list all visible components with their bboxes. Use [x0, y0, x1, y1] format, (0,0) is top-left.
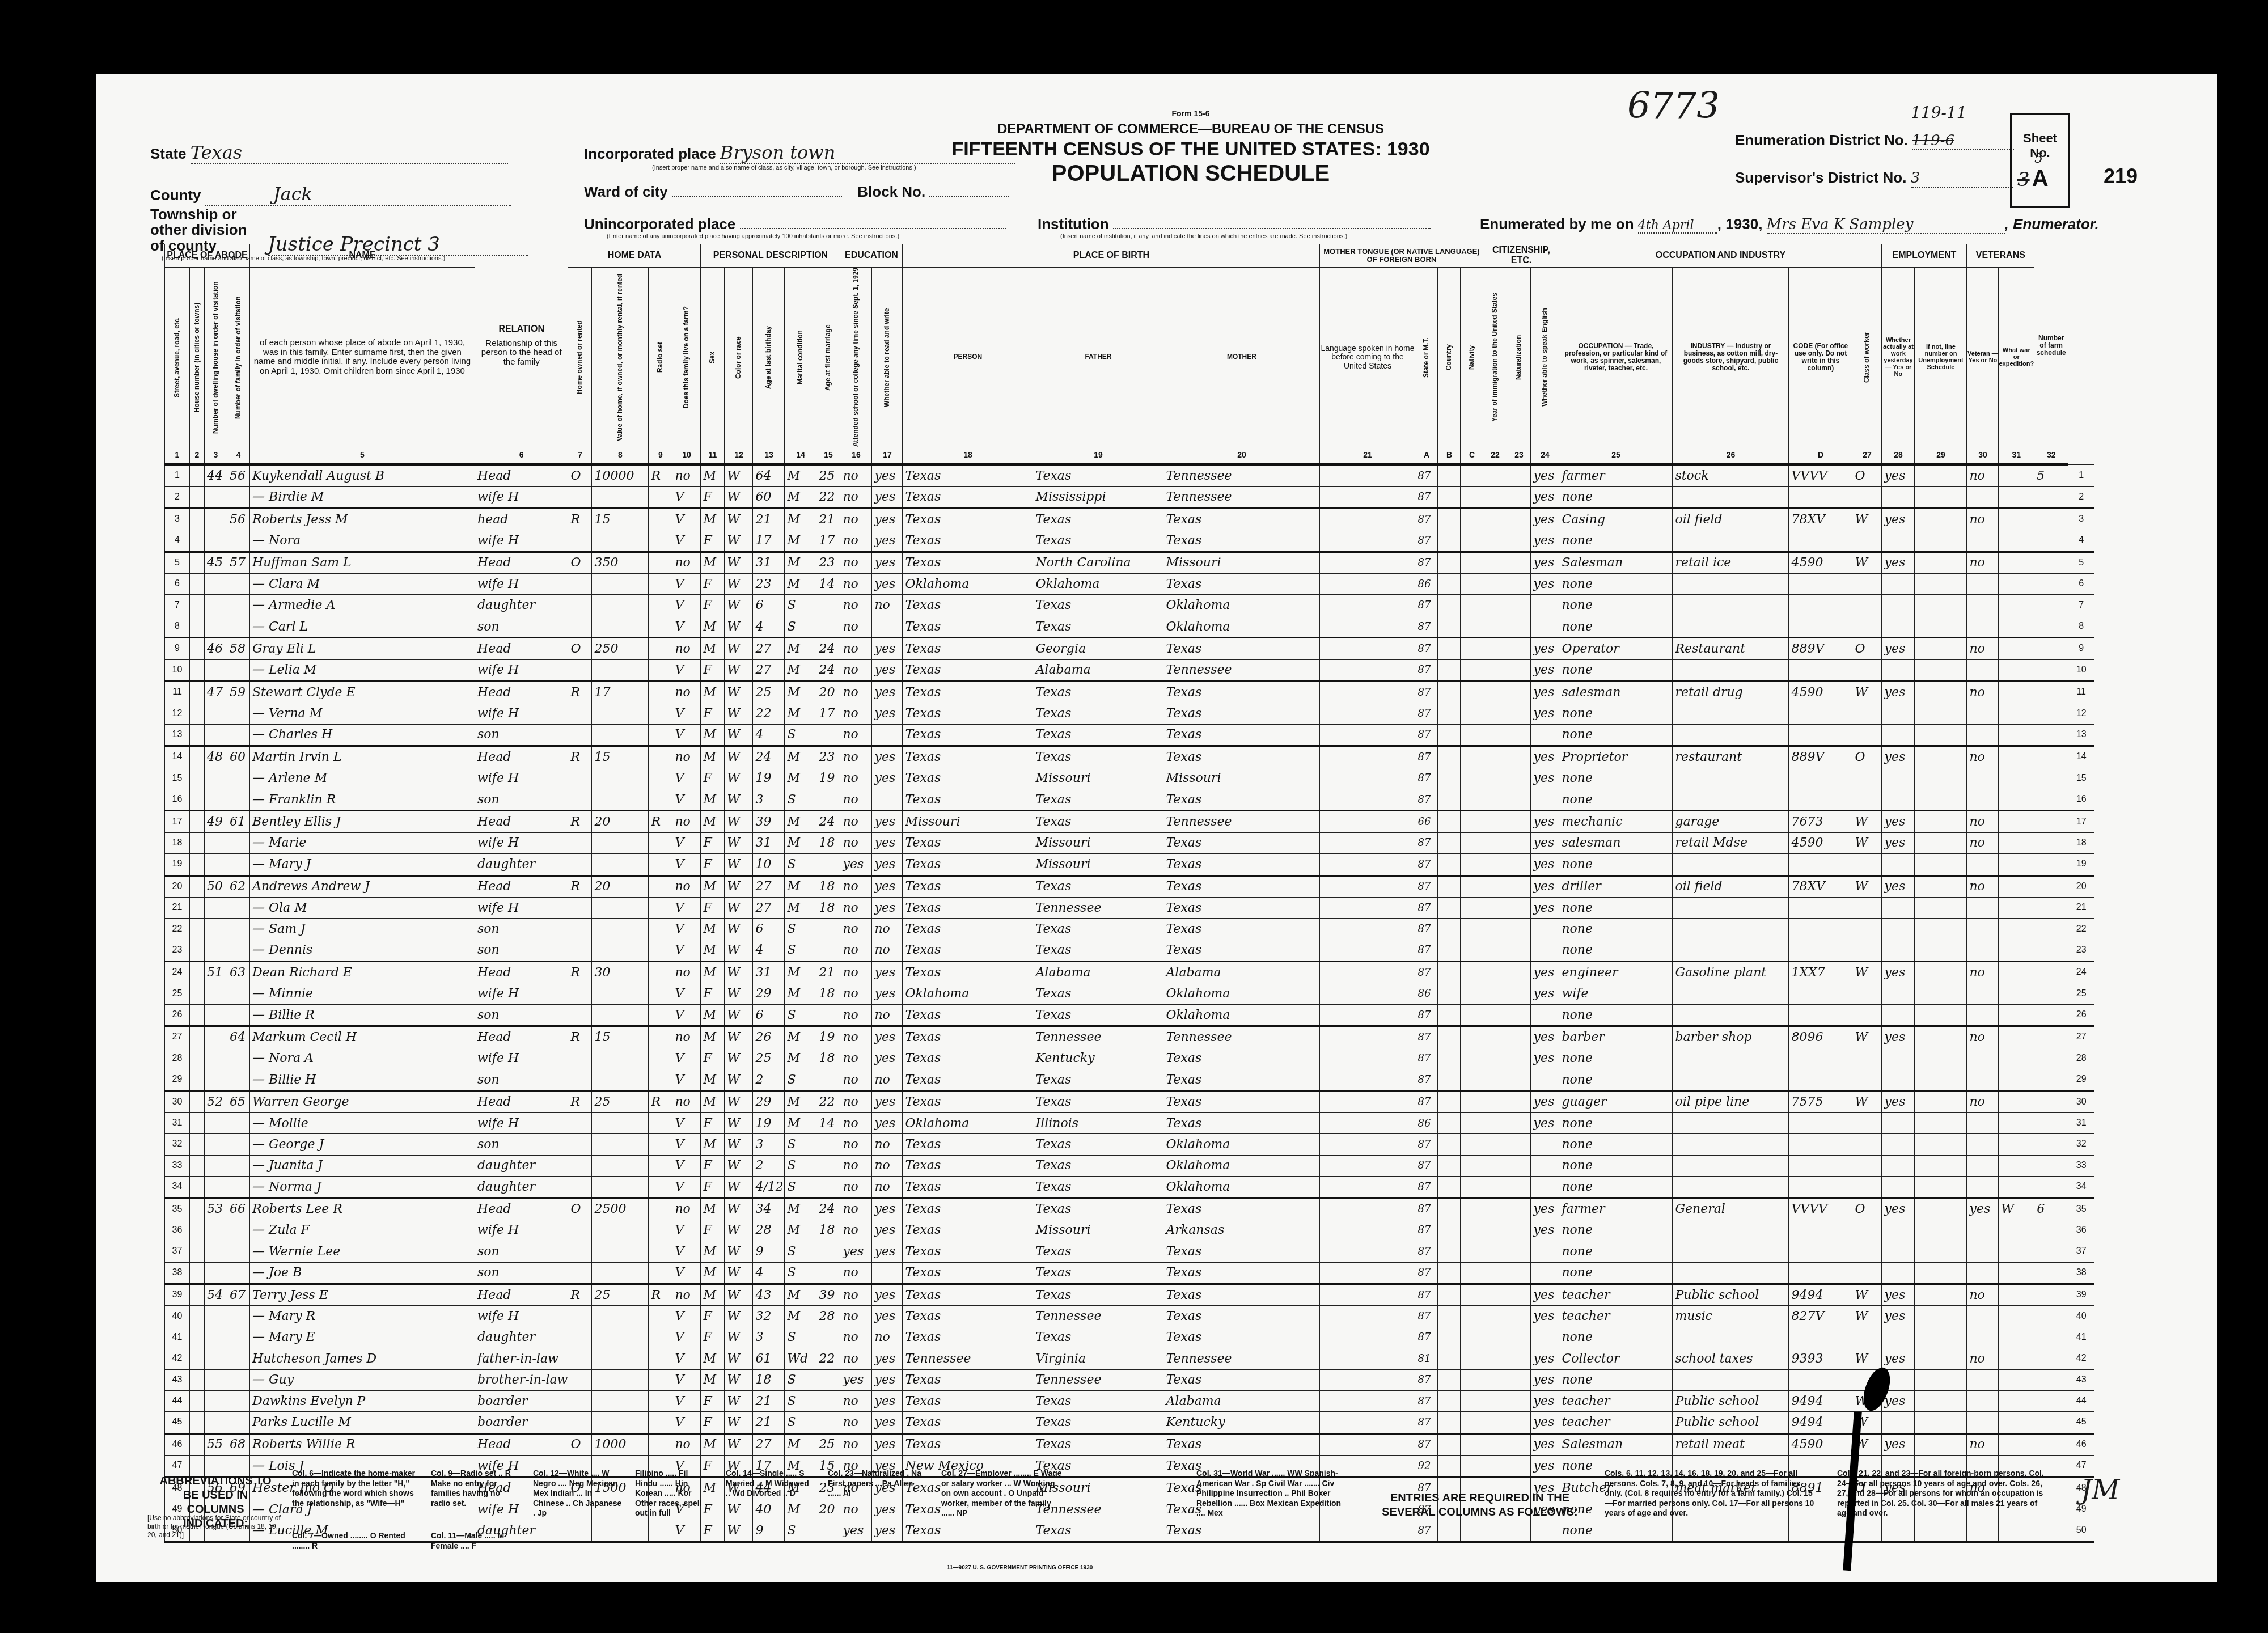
- cell-war: [1999, 983, 2034, 1004]
- cell-code: [1789, 897, 1852, 918]
- cell-line: 1: [2068, 464, 2094, 486]
- cell-empty: [190, 768, 205, 789]
- cell-empty: [1320, 1220, 1415, 1241]
- cell-english: [1531, 616, 1559, 637]
- table-row: 28— Nora Awife HVFW25M18noyesTexasKentuc…: [165, 1048, 2094, 1069]
- cell-age: 19: [753, 1112, 785, 1133]
- cell-empty: [1438, 768, 1461, 789]
- cell-war: [1999, 1520, 2034, 1542]
- cell-empty: [1483, 919, 1507, 940]
- block-value: [929, 196, 1009, 197]
- cell-empty: [1483, 1327, 1507, 1348]
- cell-dwelling: [205, 1048, 227, 1069]
- cell-empty: [1483, 1220, 1507, 1241]
- cell-veteran: no: [1967, 1433, 1999, 1455]
- unincorporated-note: (Enter name of any unincorporated place …: [607, 233, 1006, 240]
- cell-empty: 32: [165, 1134, 190, 1155]
- cell-family: [227, 1241, 250, 1262]
- cell-father: Georgia: [1033, 638, 1163, 659]
- ward-label: Ward of city: [584, 183, 668, 200]
- cell-code: 78XV: [1789, 875, 1852, 897]
- cell-empty: [1915, 508, 1967, 530]
- cell-veteran: no: [1967, 875, 1999, 897]
- cell-industry: [1673, 1520, 1789, 1542]
- cell-race: W: [725, 464, 753, 486]
- group-abode: PLACE OF ABODE: [165, 244, 250, 268]
- cell-war: [1999, 1134, 2034, 1155]
- cell-age-marr: [816, 1069, 840, 1091]
- ed-corrected: 119-11: [1911, 103, 1967, 122]
- cell-empty: 7: [165, 595, 190, 616]
- cell-empty: 28: [165, 1048, 190, 1069]
- cell-relation: Head: [475, 1433, 568, 1455]
- cell-family: [227, 1306, 250, 1327]
- cell-marital: S: [785, 1412, 816, 1433]
- cell-birth: Oklahoma: [903, 983, 1033, 1004]
- unincorporated-value: [740, 228, 1006, 229]
- cell-own: [568, 530, 592, 552]
- cell-work: [1882, 919, 1915, 940]
- column-number: 25: [1559, 447, 1673, 465]
- cell-class: [1852, 1155, 1882, 1176]
- cell-empty: [190, 595, 205, 616]
- cell-war: [1999, 940, 2034, 961]
- cell-own: [568, 724, 592, 746]
- cell-empty: [1320, 508, 1415, 530]
- cell-birth: Texas: [903, 682, 1033, 703]
- cell-mother: Texas: [1163, 832, 1320, 853]
- enumerated-year: , 1930,: [1717, 215, 1763, 232]
- cell-empty: [1915, 552, 1967, 573]
- cell-farm: V: [672, 1241, 701, 1262]
- cell-code: [1789, 1262, 1852, 1284]
- county-value: Jack: [205, 183, 511, 206]
- cell-mother: Texas: [1163, 919, 1320, 940]
- cell-english: [1531, 1241, 1559, 1262]
- cell-school: no: [840, 530, 872, 552]
- cell-mother: Texas: [1163, 1241, 1320, 1262]
- cell-farm: V: [672, 1112, 701, 1133]
- cell-empty: [1507, 1306, 1531, 1327]
- cell-school: no: [840, 1499, 872, 1520]
- cell-code: 7673: [1789, 811, 1852, 832]
- cell-own: [568, 1390, 592, 1411]
- cell-war: [1999, 638, 2034, 659]
- cell-empty: [190, 638, 205, 659]
- cell-code: [1789, 854, 1852, 875]
- cell-empty: [1438, 1284, 1461, 1305]
- cell-empty: [190, 875, 205, 897]
- col-c-header: Nativity: [1461, 268, 1483, 447]
- cell-dwelling: [205, 1026, 227, 1048]
- cell-sex: M: [701, 962, 725, 983]
- cell-read: yes: [872, 1520, 903, 1542]
- cell-empty: [190, 486, 205, 508]
- cell-family: [227, 659, 250, 681]
- cell-father: Texas: [1033, 464, 1163, 486]
- cell-read: yes: [872, 832, 903, 853]
- cell-name: — Minnie: [250, 983, 475, 1004]
- cell-empty: 31: [165, 1112, 190, 1133]
- cell-family: [227, 530, 250, 552]
- cell-farm-sched: [2034, 1390, 2068, 1411]
- table-row: 395467Terry Jess EHeadR25RnoMW43M39noyes…: [165, 1284, 2094, 1305]
- cell-radio: [649, 595, 672, 616]
- cell-empty: [1483, 1048, 1507, 1069]
- cell-radio: [649, 1177, 672, 1198]
- cell-english: yes: [1531, 1026, 1559, 1048]
- col-b-header: Country: [1438, 268, 1461, 447]
- cell-class: [1852, 897, 1882, 918]
- cell-empty: [1507, 854, 1531, 875]
- cell-own: [568, 1520, 592, 1542]
- cell-work: yes: [1882, 811, 1915, 832]
- cell-empty: [1438, 1327, 1461, 1348]
- cell-school: no: [840, 789, 872, 810]
- cell-farm: V: [672, 508, 701, 530]
- cell-father: Texas: [1033, 1155, 1163, 1176]
- cell-industry: Gasoline plant: [1673, 962, 1789, 983]
- cell-age-marr: 19: [816, 1026, 840, 1048]
- cell-age-marr: 18: [816, 875, 840, 897]
- footer-col23: Col. 23—Naturalized . Na First papers ..…: [828, 1469, 924, 1499]
- cell-school: no: [840, 682, 872, 703]
- cell-empty: 21: [165, 897, 190, 918]
- cell-work: yes: [1882, 464, 1915, 486]
- cell-sex: M: [701, 1198, 725, 1220]
- cell-age: 4: [753, 1262, 785, 1284]
- cell-empty: [1915, 724, 1967, 746]
- cell-family: [227, 789, 250, 810]
- table-row: 18— Mariewife HVFW31M18noyesTexasMissour…: [165, 832, 2094, 853]
- cell-empty: [1915, 1412, 1967, 1433]
- cell-father: Texas: [1033, 682, 1163, 703]
- cell-empty: [1483, 659, 1507, 681]
- cell-own: [568, 1348, 592, 1369]
- cell-empty: 87: [1415, 940, 1438, 961]
- cell-empty: 87: [1415, 1091, 1438, 1112]
- cell-father: Tennessee: [1033, 897, 1163, 918]
- cell-empty: [190, 832, 205, 853]
- cell-age: 9: [753, 1241, 785, 1262]
- cell-value: 10000: [592, 464, 649, 486]
- cell-empty: [1507, 552, 1531, 573]
- table-row: 25— Minniewife HVFW29M18noyesOklahomaTex…: [165, 983, 2094, 1004]
- cell-empty: 87: [1415, 682, 1438, 703]
- cell-name: Huffman Sam L: [250, 552, 475, 573]
- cell-value: [592, 1262, 649, 1284]
- table-row: 7— Armedie AdaughterVFW6SnonoTexasTexasO…: [165, 595, 2094, 616]
- table-row: 8— Carl LsonVMW4SnoTexasTexasOklahoma87n…: [165, 616, 2094, 637]
- cell-line: 12: [2068, 703, 2094, 724]
- cell-mother: Texas: [1163, 875, 1320, 897]
- cell-occupation: none: [1559, 1262, 1673, 1284]
- cell-empty: [1438, 1433, 1461, 1455]
- cell-empty: [1915, 682, 1967, 703]
- cell-empty: [1483, 1262, 1507, 1284]
- cell-relation: Head: [475, 811, 568, 832]
- cell-mother: Texas: [1163, 638, 1320, 659]
- cell-father: Texas: [1033, 789, 1163, 810]
- cell-code: [1789, 574, 1852, 595]
- cell-own: R: [568, 962, 592, 983]
- cell-empty: 36: [165, 1220, 190, 1241]
- cell-empty: [1915, 638, 1967, 659]
- cell-line: 3: [2068, 508, 2094, 530]
- cell-empty: 87: [1415, 832, 1438, 853]
- cell-school: no: [840, 595, 872, 616]
- cell-age-marr: [816, 1520, 840, 1542]
- cell-empty: [1438, 940, 1461, 961]
- cell-english: yes: [1531, 1369, 1559, 1390]
- cell-empty: [1483, 1069, 1507, 1091]
- cell-relation: son: [475, 616, 568, 637]
- cell-class: [1852, 1220, 1882, 1241]
- cell-father: Missouri: [1033, 854, 1163, 875]
- cell-empty: [1461, 1327, 1483, 1348]
- cell-sex: F: [701, 595, 725, 616]
- cell-farm-sched: [2034, 595, 2068, 616]
- cell-marital: M: [785, 832, 816, 853]
- cell-age-marr: 39: [816, 1284, 840, 1305]
- cell-empty: [1507, 530, 1531, 552]
- cell-marital: S: [785, 1069, 816, 1091]
- cell-farm: no: [672, 1284, 701, 1305]
- cell-empty: [190, 574, 205, 595]
- cell-farm-sched: [2034, 508, 2068, 530]
- cell-age: 18: [753, 1369, 785, 1390]
- cell-line: 14: [2068, 746, 2094, 768]
- table-row: 37— Wernie LeesonVMW9SyesyesTexasTexasTe…: [165, 1241, 2094, 1262]
- cell-school: no: [840, 574, 872, 595]
- cell-class: W: [1852, 1284, 1882, 1305]
- cell-empty: 87: [1415, 638, 1438, 659]
- footer-col27: Col. 27—Employer ........ E Wage or sala…: [941, 1469, 1066, 1518]
- cell-read: yes: [872, 1048, 903, 1069]
- cell-class: W: [1852, 1026, 1882, 1048]
- cell-veteran: no: [1967, 832, 1999, 853]
- cell-farm-sched: [2034, 1112, 2068, 1133]
- cell-class: [1852, 703, 1882, 724]
- cell-relation: daughter: [475, 1155, 568, 1176]
- cell-occupation: Salesman: [1559, 552, 1673, 573]
- cell-farm: V: [672, 1177, 701, 1198]
- cell-empty: [190, 789, 205, 810]
- cell-family: [227, 703, 250, 724]
- cell-birth: Tennessee: [903, 1348, 1033, 1369]
- cell-empty: [1507, 746, 1531, 768]
- cell-work: [1882, 983, 1915, 1004]
- cell-war: [1999, 574, 2034, 595]
- cell-age: 21: [753, 1390, 785, 1411]
- cell-race: W: [725, 1134, 753, 1155]
- cell-farm-sched: [2034, 724, 2068, 746]
- cell-radio: R: [649, 811, 672, 832]
- cell-industry: retail drug: [1673, 682, 1789, 703]
- ed-label: Enumeration District No.: [1735, 132, 1908, 149]
- cell-value: [592, 919, 649, 940]
- cell-code: 9494: [1789, 1284, 1852, 1305]
- cell-farm-sched: [2034, 962, 2068, 983]
- cell-birth: Texas: [903, 1155, 1033, 1176]
- cell-race: W: [725, 574, 753, 595]
- cell-industry: [1673, 1327, 1789, 1348]
- cell-name: — Mary R: [250, 1306, 475, 1327]
- cell-farm: V: [672, 616, 701, 637]
- cell-school: no: [840, 703, 872, 724]
- cell-relation: Head: [475, 746, 568, 768]
- table-row: 245163Dean Richard EHeadR30noMW31M21noye…: [165, 962, 2094, 983]
- cell-industry: [1673, 659, 1789, 681]
- group-employment: EMPLOYMENT: [1882, 244, 1967, 268]
- cell-empty: [1507, 832, 1531, 853]
- cell-occupation: none: [1559, 789, 1673, 810]
- cell-line: 24: [2068, 962, 2094, 983]
- cell-mother: Tennessee: [1163, 811, 1320, 832]
- cell-father: Texas: [1033, 1412, 1163, 1433]
- cell-own: [568, 1134, 592, 1155]
- cell-read: yes: [872, 746, 903, 768]
- cell-empty: [1915, 1327, 1967, 1348]
- cell-industry: [1673, 854, 1789, 875]
- cell-code: 7575: [1789, 1091, 1852, 1112]
- cell-empty: [1438, 616, 1461, 637]
- cell-radio: [649, 1198, 672, 1220]
- cell-code: [1789, 595, 1852, 616]
- cell-veteran: [1967, 1155, 1999, 1176]
- cell-empty: [1915, 1198, 1967, 1220]
- cell-mother: Tennessee: [1163, 1348, 1320, 1369]
- cell-relation: daughter: [475, 595, 568, 616]
- cell-farm: V: [672, 1155, 701, 1176]
- cell-empty: [1915, 940, 1967, 961]
- cell-empty: [1320, 703, 1415, 724]
- cell-empty: [1320, 638, 1415, 659]
- cell-class: [1852, 1112, 1882, 1133]
- cell-empty: 19: [165, 854, 190, 875]
- cell-farm-sched: 5: [2034, 464, 2068, 486]
- column-number: 24: [1531, 447, 1559, 465]
- cell-age-marr: 14: [816, 574, 840, 595]
- cell-family: 63: [227, 962, 250, 983]
- cell-work: [1882, 854, 1915, 875]
- cell-father: Virginia: [1033, 1348, 1163, 1369]
- cell-code: 4590: [1789, 832, 1852, 853]
- cell-family: [227, 768, 250, 789]
- cell-read: yes: [872, 464, 903, 486]
- cell-farm-sched: [2034, 1241, 2068, 1262]
- cell-own: [568, 768, 592, 789]
- cell-war: [1999, 746, 2034, 768]
- cell-birth: Texas: [903, 530, 1033, 552]
- cell-name: — Lelia M: [250, 659, 475, 681]
- cell-value: [592, 1112, 649, 1133]
- cell-name: Dawkins Evelyn P: [250, 1390, 475, 1411]
- table-row: 23— DennissonVMW4SnonoTexasTexasTexas87n…: [165, 940, 2094, 961]
- cell-dwelling: [205, 1390, 227, 1411]
- cell-age: 24: [753, 746, 785, 768]
- cell-code: [1789, 940, 1852, 961]
- cell-empty: [190, 1155, 205, 1176]
- cell-empty: 87: [1415, 1412, 1438, 1433]
- cell-value: 250: [592, 638, 649, 659]
- cell-farm: V: [672, 486, 701, 508]
- cell-war: [1999, 682, 2034, 703]
- cell-dwelling: 49: [205, 811, 227, 832]
- cell-age: 31: [753, 962, 785, 983]
- cell-empty: [1915, 1220, 1967, 1241]
- cell-read: [872, 789, 903, 810]
- cell-farm: V: [672, 1262, 701, 1284]
- cell-war: [1999, 1306, 2034, 1327]
- cell-english: yes: [1531, 574, 1559, 595]
- cell-farm: V: [672, 1069, 701, 1091]
- cell-work: [1882, 897, 1915, 918]
- cell-sex: M: [701, 1241, 725, 1262]
- cell-relation: head: [475, 508, 568, 530]
- cell-mother: Texas: [1163, 940, 1320, 961]
- cell-empty: [1507, 962, 1531, 983]
- cell-english: yes: [1531, 832, 1559, 853]
- cell-occupation: none: [1559, 703, 1673, 724]
- cell-age: 25: [753, 1048, 785, 1069]
- cell-empty: 86: [1415, 1112, 1438, 1133]
- cell-name: — Juanita J: [250, 1155, 475, 1176]
- cell-empty: [1483, 1112, 1507, 1133]
- group-education: EDUCATION: [840, 244, 903, 268]
- cell-empty: [1461, 638, 1483, 659]
- cell-code: [1789, 703, 1852, 724]
- cell-empty: [1438, 724, 1461, 746]
- cell-age-marr: [816, 1412, 840, 1433]
- cell-value: 20: [592, 811, 649, 832]
- cell-occupation: engineer: [1559, 962, 1673, 983]
- cell-english: yes: [1531, 1456, 1559, 1477]
- ed-field: Enumeration District No. 119-6: [1735, 132, 2014, 150]
- cell-age-marr: 25: [816, 464, 840, 486]
- cell-empty: [1507, 1412, 1531, 1433]
- incorporated-field: Incorporated place Bryson town (Insert p…: [584, 142, 1015, 171]
- column-number: A: [1415, 447, 1438, 465]
- cell-mother: Oklahoma: [1163, 595, 1320, 616]
- table-row: 38— Joe BsonVMW4SnoTexasTexasTexas87none…: [165, 1262, 2094, 1284]
- cell-veteran: no: [1967, 508, 1999, 530]
- cell-class: W: [1852, 682, 1882, 703]
- cell-father: Texas: [1033, 530, 1163, 552]
- cell-marital: M: [785, 638, 816, 659]
- cell-empty: [1438, 486, 1461, 508]
- cell-work: yes: [1882, 638, 1915, 659]
- cell-empty: [1438, 595, 1461, 616]
- cell-sex: F: [701, 1306, 725, 1327]
- cell-sex: M: [701, 1091, 725, 1112]
- col-14-header: Marital condition: [785, 268, 816, 447]
- cell-english: yes: [1531, 1284, 1559, 1305]
- cell-name: Terry Jess E: [250, 1284, 475, 1305]
- cell-value: 15: [592, 746, 649, 768]
- cell-relation: Head: [475, 464, 568, 486]
- cell-empty: [1483, 574, 1507, 595]
- cell-veteran: [1967, 1134, 1999, 1155]
- cell-class: [1852, 616, 1882, 637]
- cell-empty: [190, 1069, 205, 1091]
- cell-farm-sched: [2034, 1004, 2068, 1026]
- cell-read: yes: [872, 1306, 903, 1327]
- cell-empty: [1438, 1048, 1461, 1069]
- table-row: 34— Norma JdaughterVFW4/12SnonoTexasTexa…: [165, 1177, 2094, 1198]
- cell-line: 23: [2068, 940, 2094, 961]
- cell-radio: [649, 1026, 672, 1048]
